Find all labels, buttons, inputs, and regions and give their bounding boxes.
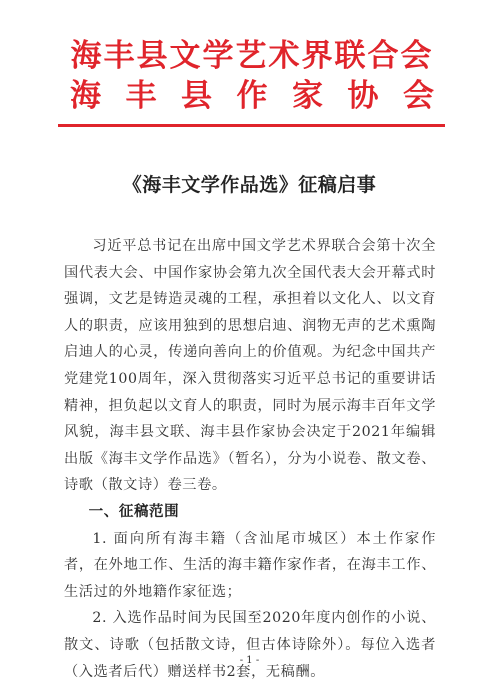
section-heading: 一、征稿范围	[64, 499, 436, 526]
section-item: 1. 面向所有海丰籍（含汕尾市城区）本土作家作者，在外地工作、生活的海丰籍作家作…	[64, 526, 436, 606]
intro-paragraph: 习近平总书记在出席中国文学艺术界联合会第十次全国代表大会、中国作家协会第九次全国…	[64, 233, 436, 499]
document-page: 海丰县文学艺术界联合会 海 丰 县 作 家 协 会 《海丰文学作品选》征稿启事 …	[0, 0, 499, 698]
letterhead-red-rule	[58, 124, 445, 127]
letterhead-char: 丰	[126, 76, 157, 116]
page-number: - 1 -	[0, 655, 499, 666]
document-title: 《海丰文学作品选》征稿启事	[0, 170, 499, 197]
org-name-federation: 海丰县文学艺术界联合会	[58, 36, 446, 76]
letterhead-char: 海	[70, 76, 101, 116]
document-body: 习近平总书记在出席中国文学艺术界联合会第十次全国代表大会、中国作家协会第九次全国…	[64, 233, 436, 685]
letterhead: 海丰县文学艺术界联合会 海 丰 县 作 家 协 会	[58, 36, 446, 116]
letterhead-char: 会	[403, 76, 434, 116]
letterhead-char: 协	[348, 76, 379, 116]
letterhead-char: 县	[181, 76, 212, 116]
letterhead-char: 家	[292, 76, 323, 116]
section-item: 2. 入选作品时间为民国至2020年度内创作的小说、散文、诗歌（包括散文诗，但古…	[64, 605, 436, 685]
letterhead-char: 作	[237, 76, 268, 116]
org-name-writers-association: 海 丰 县 作 家 协 会	[58, 76, 446, 116]
